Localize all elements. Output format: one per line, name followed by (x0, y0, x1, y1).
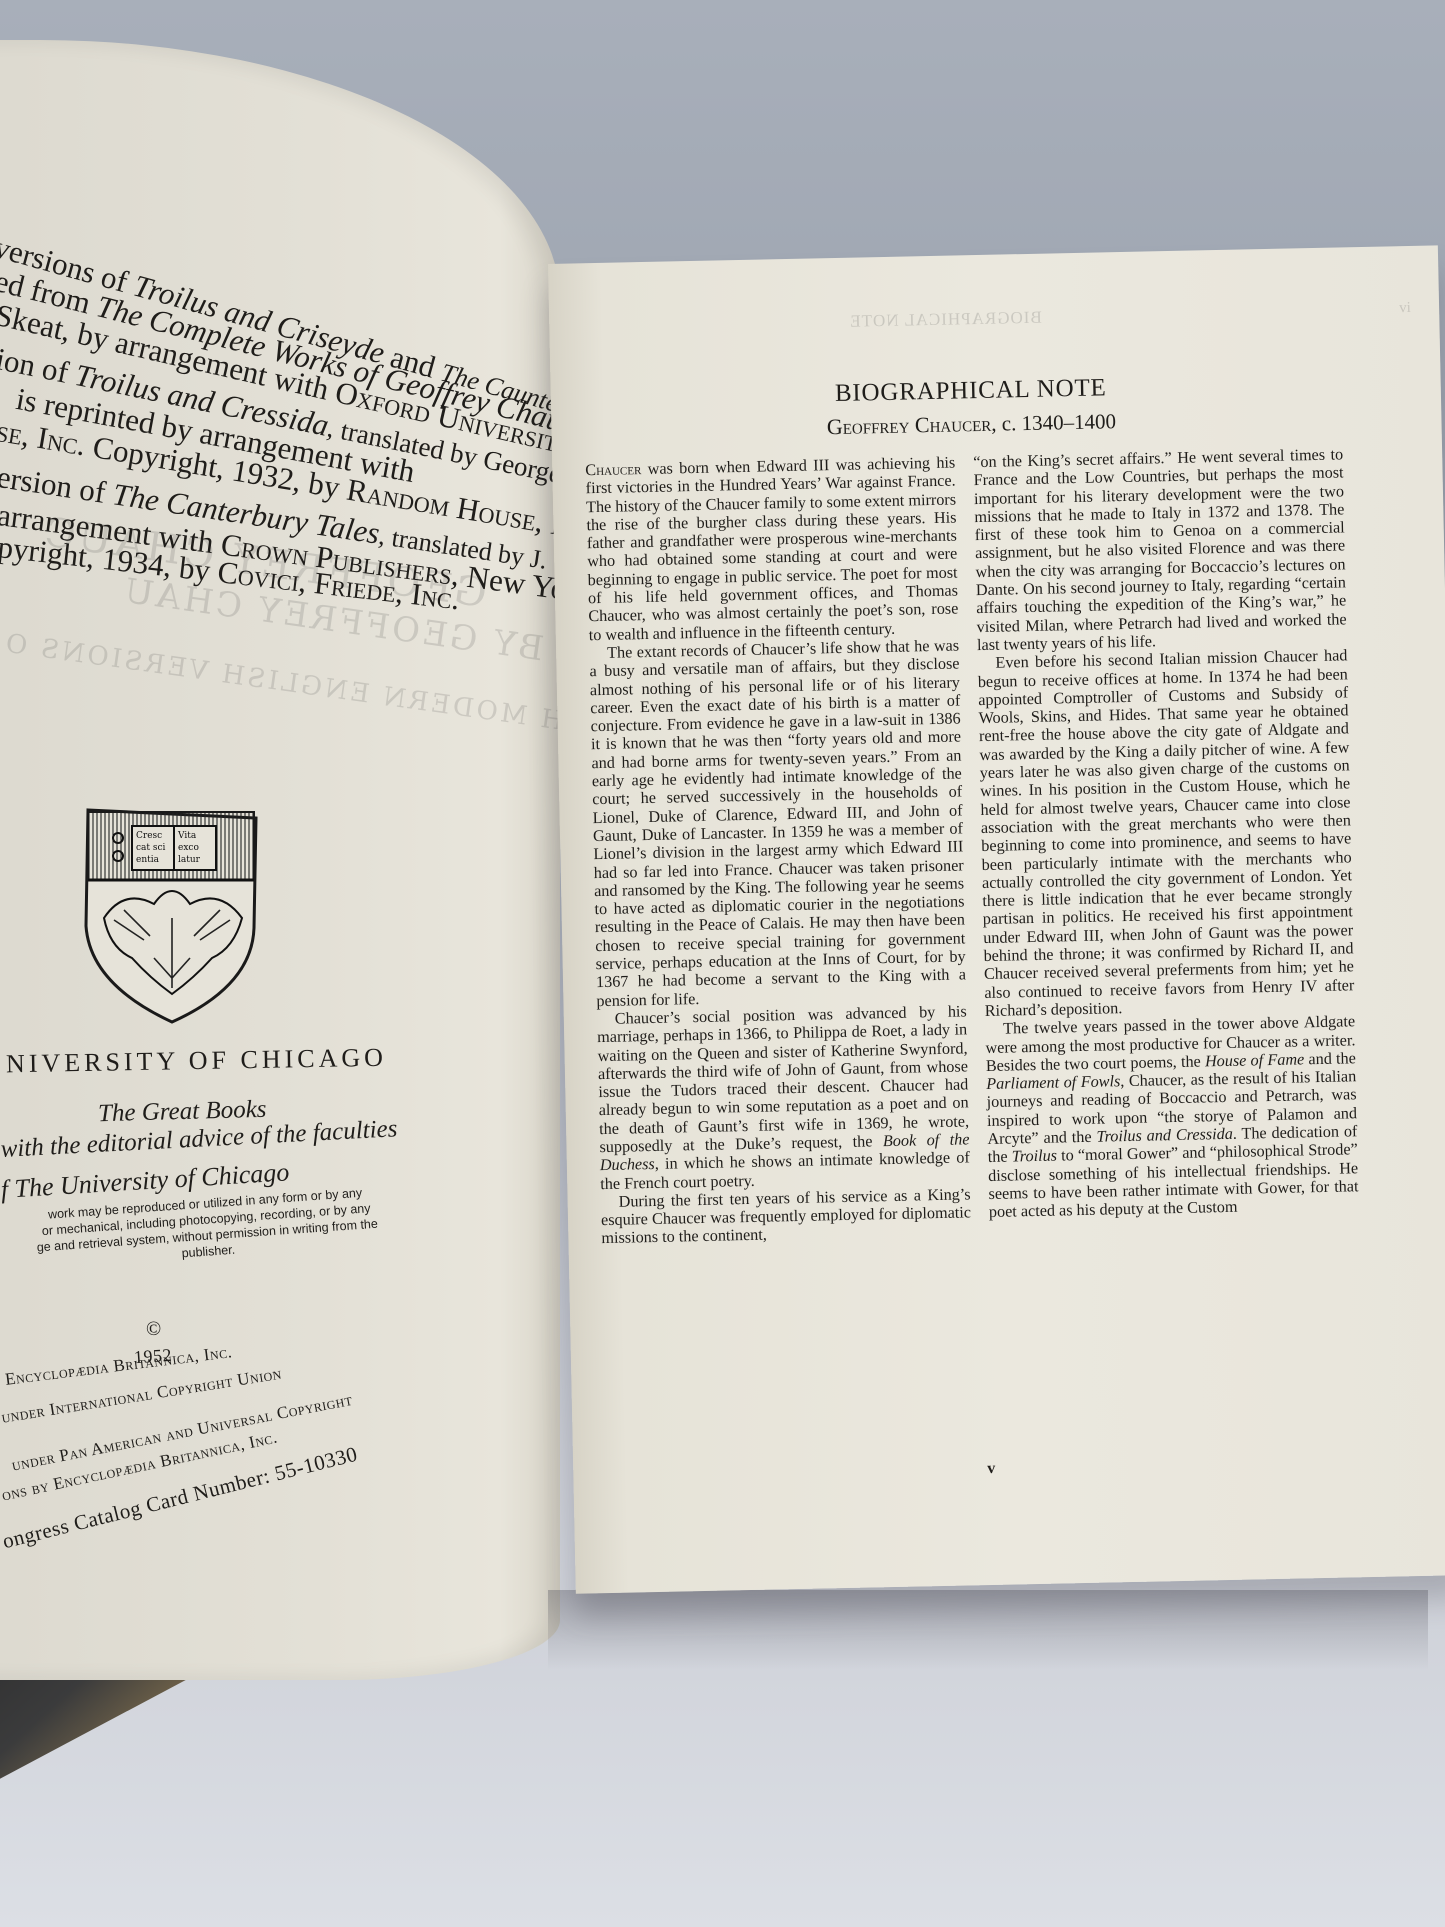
paragraph: “on the King’s secret affairs.” He went … (973, 445, 1347, 654)
text-column-left: Chaucer was born when Edward III was ach… (585, 454, 971, 1248)
text-column-right: “on the King’s secret affairs.” He went … (973, 445, 1359, 1221)
page-number: v (987, 1460, 995, 1478)
bleed-through-running-head: BIOGRAPHICAL NOTE (849, 308, 1042, 332)
publisher-name: NIVERSITY OF CHICAGO (6, 1043, 387, 1080)
paragraph: Chaucer’s social position was advanced b… (597, 1002, 971, 1193)
svg-text:exco: exco (178, 843, 199, 853)
bleed-through-folio: vi (1399, 300, 1411, 317)
copyright-page: GEOFFREY CHAUC BY GEOFFREY CHAU WITH MOD… (0, 0, 560, 1927)
paragraph: Even before his second Italian mission C… (977, 647, 1355, 1021)
page-shadow (548, 1590, 1428, 1670)
svg-text:Cresc: Cresc (136, 831, 162, 841)
paragraph: The twelve years passed in the tower abo… (985, 1012, 1359, 1221)
svg-text:Vita: Vita (177, 831, 197, 841)
svg-text:cat sci: cat sci (136, 843, 166, 853)
right-page: BIOGRAPHICAL NOTE vi BIOGRAPHICAL NOTE G… (548, 245, 1445, 1593)
svg-text:entia: entia (136, 855, 160, 865)
copyright-symbol: © (146, 1318, 162, 1341)
paragraph: Chaucer was born when Edward III was ach… (585, 454, 959, 645)
paragraph: During the first ten years of his servic… (600, 1185, 971, 1248)
paragraph: The extant records of Chaucer’s life sho… (589, 636, 967, 1010)
university-seal-icon: Cresc cat sci entia Vita exco latur (84, 808, 260, 1026)
svg-text:latur: latur (178, 855, 201, 865)
